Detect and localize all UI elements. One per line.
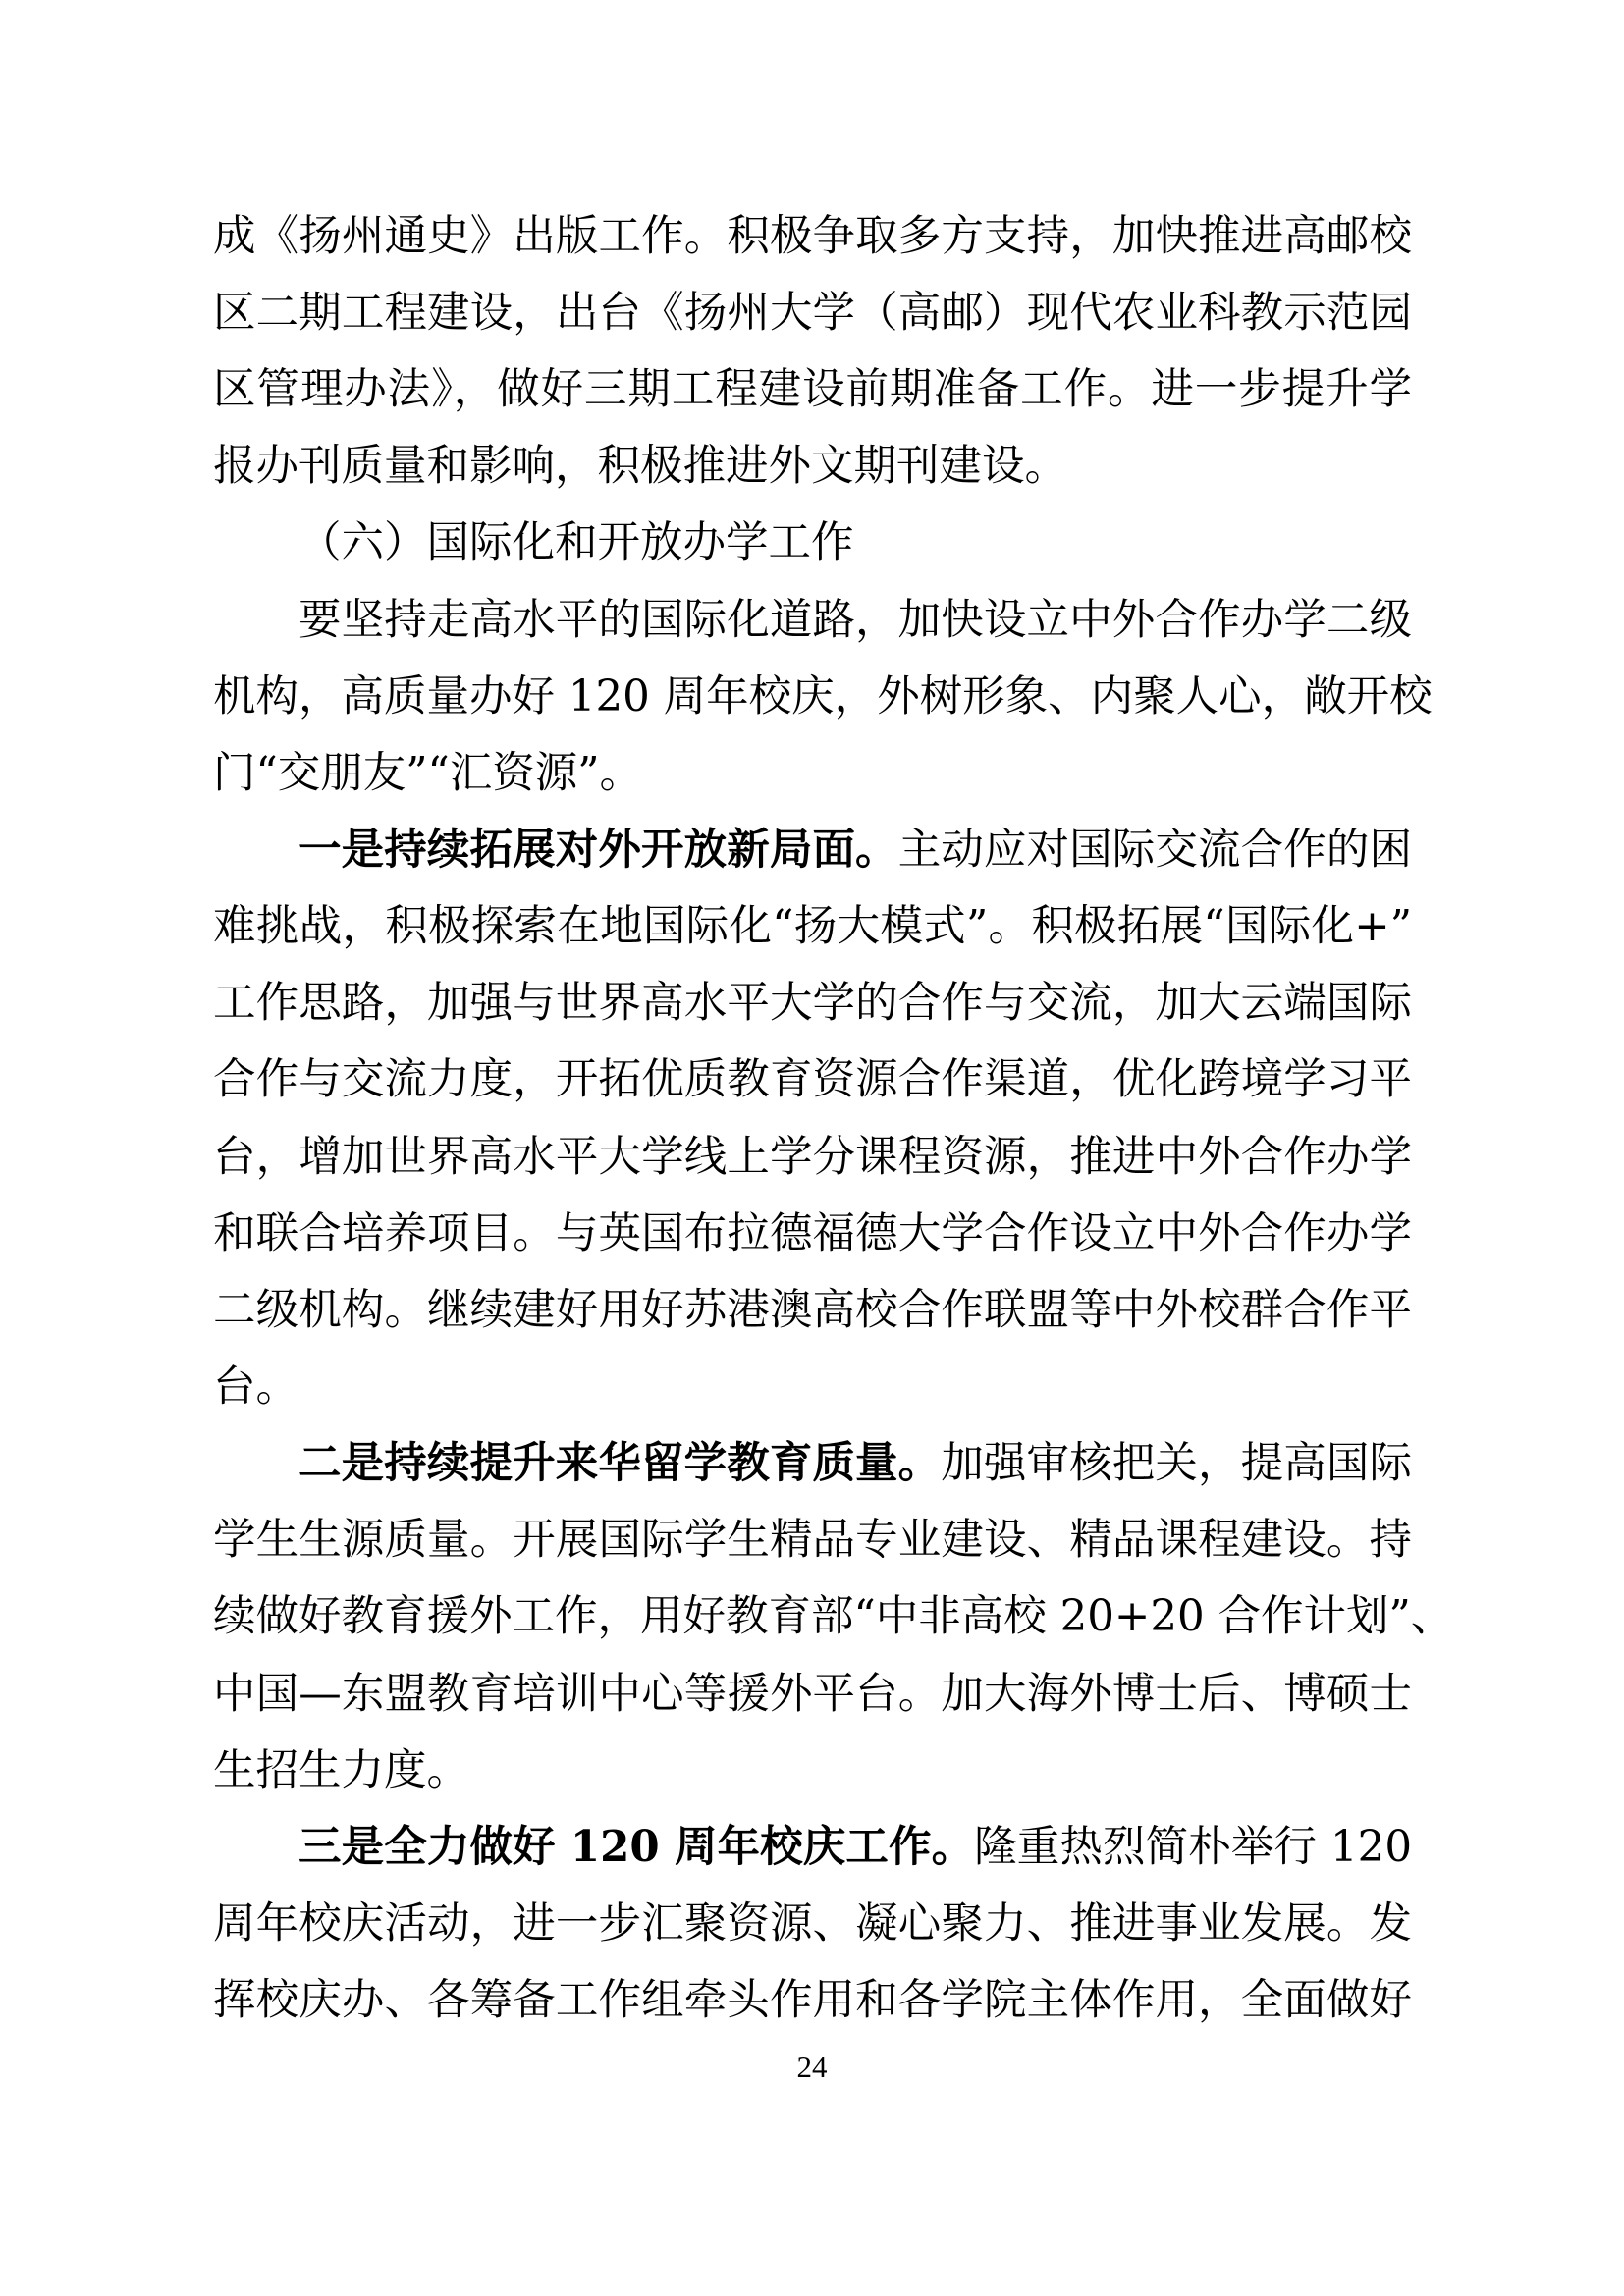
body-line: 合作与交流力度，开拓优质教育资源合作渠道，优化跨境学习平 <box>213 1058 1412 1101</box>
item-lead-bold: 三是全力做好 120 周年校庆工作。 <box>298 1822 974 1872</box>
item-first-line: 一是持续拓展对外开放新局面。主动应对国际交流合作的困 <box>298 828 1412 872</box>
item-text: 隆重热烈简朴举行 120 <box>974 1823 1412 1872</box>
body-line: 区二期工程建设，出台《扬州大学（高邮）现代农业科教示范园 <box>213 292 1412 335</box>
body-line: 机构，高质量办好 120 周年校庆，外树形象、内聚人心，敞开校 <box>213 675 1412 719</box>
page-number: 24 <box>0 2052 1624 2083</box>
document-page: 成《扬州通史》出版工作。积极争取多方支持，加快推进高邮校 区二期工程建设，出台《… <box>0 0 1624 2296</box>
body-line: 中国—东盟教育培训中心等援外平台。加大海外博士后、博硕士 <box>213 1673 1412 1716</box>
body-line: 周年校庆活动，进一步汇聚资源、凝心聚力、推进事业发展。发 <box>213 1902 1412 1946</box>
body-line: 二级机构。继续建好用好苏港澳高校合作联盟等中外校群合作平 <box>213 1289 1412 1332</box>
body-line: 台。 <box>213 1365 1412 1409</box>
item-first-line: 三是全力做好 120 周年校庆工作。隆重热烈简朴举行 120 <box>298 1826 1412 1869</box>
body-line: 报办刊质量和影响，积极推进外文期刊建设。 <box>213 445 1412 488</box>
section-heading: （六）国际化和开放办学工作 <box>298 521 1412 564</box>
body-line: 生招生力度。 <box>213 1749 1412 1792</box>
item-first-line: 二是持续提升来华留学教育质量。加强审核把关，提高国际 <box>298 1442 1412 1485</box>
body-line: 工作思路，加强与世界高水平大学的合作与交流，加大云端国际 <box>213 982 1412 1025</box>
body-line: 挥校庆办、各筹备工作组牵头作用和各学院主体作用，全面做好 <box>213 1979 1412 2022</box>
body-line: 门“交朋友”“汇资源”。 <box>213 752 1412 795</box>
body-line: 区管理办法》，做好三期工程建设前期准备工作。进一步提升学 <box>213 368 1412 411</box>
item-text: 加强审核把关，提高国际 <box>941 1439 1412 1488</box>
body-line: 难挑战，积极探索在地国际化“扬大模式”。积极拓展“国际化+” <box>213 905 1412 948</box>
body-line: 台，增加世界高水平大学线上学分课程资源，推进中外合作办学 <box>213 1136 1412 1179</box>
item-lead-bold: 一是持续拓展对外开放新局面。 <box>298 825 898 875</box>
body-line: 成《扬州通史》出版工作。积极争取多方支持，加快推进高邮校 <box>213 215 1412 258</box>
body-line: 和联合培养项目。与英国布拉德福德大学合作设立中外合作办学 <box>213 1212 1412 1255</box>
body-line: 续做好教育援外工作，用好教育部“中非高校 20+20 合作计划”、 <box>213 1595 1412 1638</box>
item-lead-bold: 二是持续提升来华留学教育质量。 <box>298 1438 941 1488</box>
body-line: 要坚持走高水平的国际化道路，加快设立中外合作办学二级 <box>298 599 1412 642</box>
body-line: 学生生源质量。开展国际学生精品专业建设、精品课程建设。持 <box>213 1519 1412 1562</box>
item-text: 主动应对国际交流合作的困 <box>898 826 1412 875</box>
